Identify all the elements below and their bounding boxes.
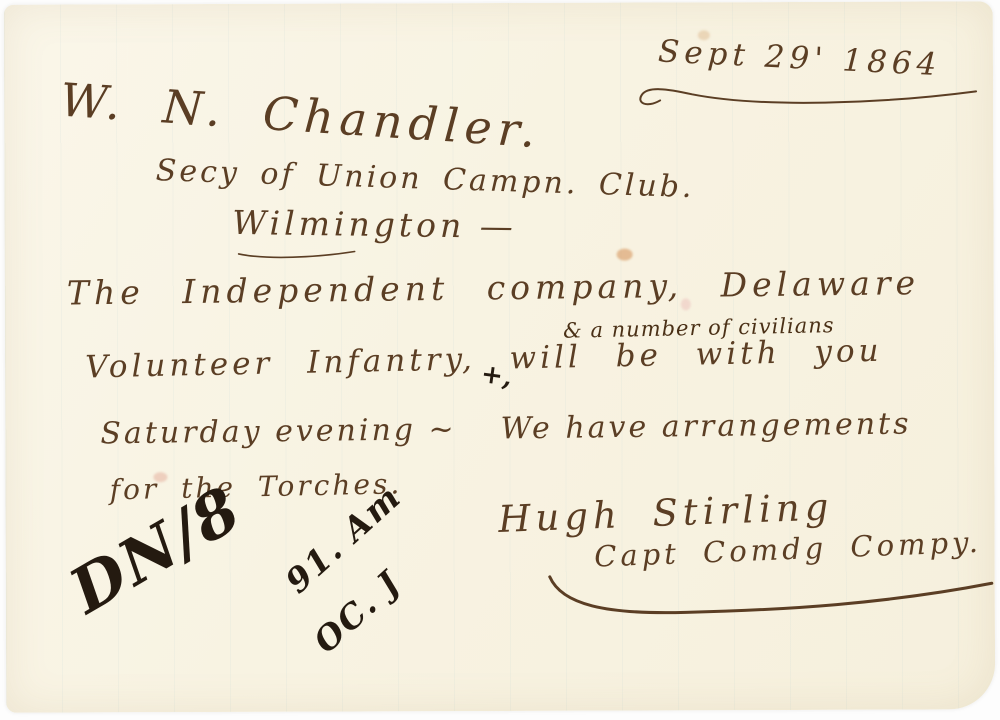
signature-name: Hugh Stirling: [498, 488, 834, 538]
recipient-name-line: W. N. Chandler.: [59, 77, 543, 155]
signature-underline-flourish: [546, 569, 996, 619]
place-underline-flourish: [237, 247, 357, 259]
body-line-2: Volunteer Infantry, will be with you: [85, 336, 883, 384]
body-line-3b: We have arrangements: [500, 409, 911, 444]
recipient-title-line: Secy of Union Campn. Club.: [155, 156, 695, 203]
scanned-letter: Sept 29' 1864 W. N. Chandler. Secy of Un…: [0, 0, 1000, 720]
recipient-place-line: Wilmington —: [232, 206, 517, 243]
foxing-stain: [617, 249, 633, 261]
body-line-3: Saturday evening ~ We have arrangements: [100, 409, 911, 449]
date-line: Sept 29' 1864: [657, 36, 942, 81]
body-line-1: The Independent company, Delaware: [67, 266, 921, 309]
date-underline-flourish: [632, 83, 982, 112]
letter-paper: Sept 29' 1864 W. N. Chandler. Secy of Un…: [4, 1, 995, 712]
body-line-3a: Saturday evening ~: [100, 415, 457, 449]
